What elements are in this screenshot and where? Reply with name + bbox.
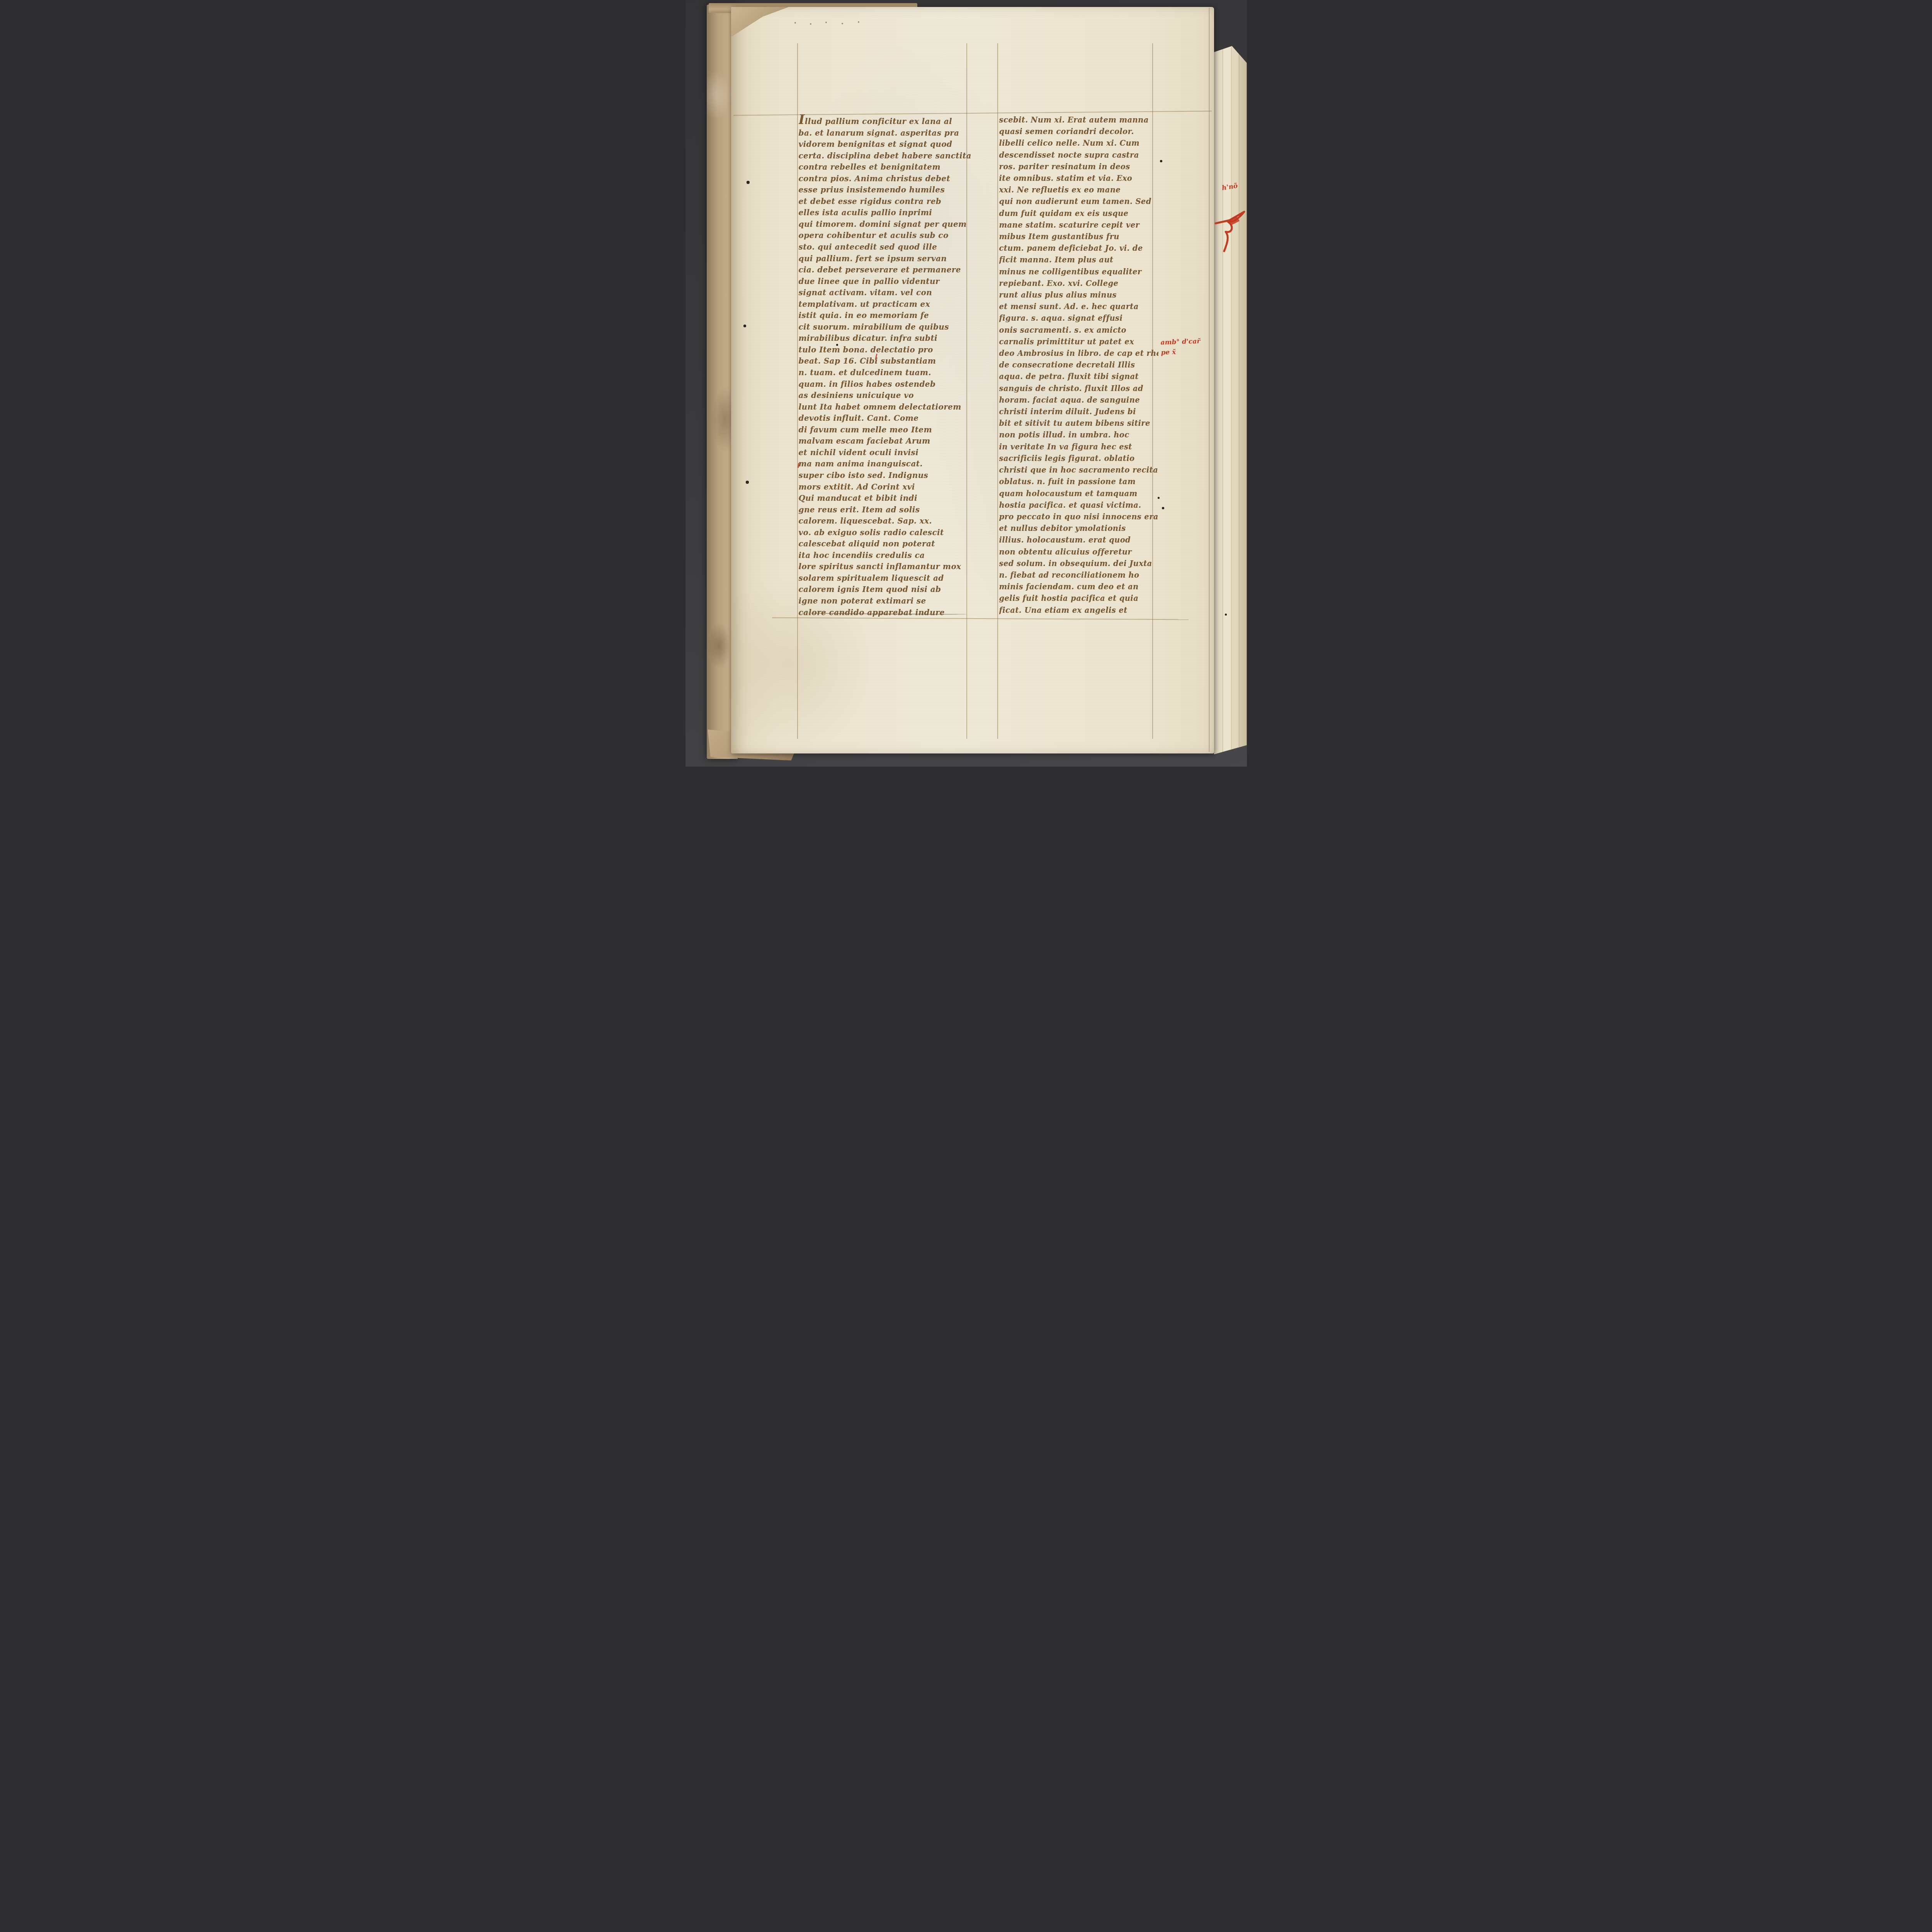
wormhole [1158, 497, 1160, 499]
manuscript-text-line: de consecratione decretali Illis [999, 359, 1158, 371]
text-column-right: scebit. Num xi. Erat autem mannaquasi se… [999, 114, 1158, 621]
manuscript-text-line: qui pallium. fert se ipsum servan [799, 253, 971, 265]
manuscript-text-line: contra rebelles et benignitatem [799, 162, 971, 173]
manuscript-text-line: calorem. liquescebat. Sap. xx. [799, 515, 971, 527]
manuscript-text-line: lore spiritus sancti inflamantur mox [799, 561, 971, 573]
manuscript-text-line: quasi semen coriandri decolor. [999, 126, 1158, 138]
manuscript-text-line: et nichil vident oculi invisi [799, 447, 971, 459]
manuscript-text-line: templativam. ut practicam ex [799, 299, 971, 310]
manuscript-text-line: horam. faciat aqua. de sanguine [999, 395, 1158, 406]
manuscript-text-line: calorem ignis Item quod nisi ab [799, 584, 971, 595]
manuscript-text-line: quam. in filios habes ostendeb [799, 379, 971, 390]
text-column-left: Illud pallium conficitur ex lana alba. e… [799, 114, 971, 621]
manuscript-text-line: ficit manna. Item plus aut [999, 254, 1158, 266]
manuscript-text-line: aqua. de petra. fluxit tibi signat [999, 371, 1158, 383]
manuscript-text-line: et debet esse rigidus contra reb [799, 196, 971, 207]
manuscript-text-line: in veritate In va figura hec est [999, 441, 1158, 453]
manuscript-text-line: mors extitit. Ad Corint xvi [799, 481, 971, 493]
ruling-vertical-right-column-left [997, 43, 998, 739]
manuscript-text-line: beat. Sap 16. Cibi substantiam [799, 355, 971, 367]
wormhole [1160, 160, 1162, 162]
manuscript-text-line: super cibo isto sed. Indignus [799, 470, 971, 481]
pinhole [825, 22, 827, 23]
manuscript-text-line: mane statim. scaturire cepit ver [999, 219, 1158, 231]
manuscript-text-line: ite omnibus. statim et via. Exo [999, 173, 1158, 184]
manuscript-text-line: contra pios. Anima christus debet [799, 173, 971, 185]
manuscript-text-line: istit quia. in eo memoriam fe [799, 310, 971, 321]
manuscript-text-line: Qui manducat et bibit indi [799, 493, 971, 504]
manuscript-text-line: figura. s. aqua. signat effusi [999, 313, 1158, 324]
manuscript-text-line: deo Ambrosius in libro. de cap et rhetur [999, 348, 1158, 359]
manuscript-text-line: bit et sitivit tu autem bibens sitire [999, 418, 1158, 429]
manuscript-text-line: sed solum. in obsequium. dei Juxta [999, 558, 1158, 570]
manuscript-text-line: opera cohibentur et aculis sub co [799, 230, 971, 241]
manuscript-text-line: mibus Item gustantibus fru [999, 231, 1158, 243]
manuscript-text-line: di favum cum melle meo Item [799, 424, 971, 436]
ruling-vertical-left-column-left [797, 43, 798, 739]
manuscript-text-line: mirabilibus dicatur. infra subti [799, 333, 971, 344]
manuscript-text-line: christi que in hoc sacramento recitatur [999, 464, 1158, 476]
manuscript-text-line: igne non poterat extimari se [799, 595, 971, 607]
manuscript-text-line: vo. ab exiguo solis radio calescit [799, 527, 971, 539]
pinhole [810, 23, 811, 25]
manuscript-text-line: signat activam. vitam. vel con [799, 287, 971, 299]
paraph-mark-icon [1214, 208, 1247, 254]
manuscript-text-line: solarem spiritualem liquescit ad [799, 573, 971, 584]
manuscript-text-line: quam holocaustum et tamquam [999, 488, 1158, 500]
wormhole [747, 181, 750, 184]
manuscript-text-line: ma nam anima inanguiscat. [799, 458, 971, 470]
manuscript-text-line: libelli celico nelle. Num xi. Cum [999, 138, 1158, 149]
manuscript-text-line: as desiniens unicuique vo [799, 390, 971, 401]
manuscript-text-line: cit suorum. mirabilium de quibus [799, 321, 971, 333]
manuscript-text-line: qui timorem. domini signat per quem [799, 219, 971, 230]
manuscript-text-line: certa. disciplina debet habere sanctitat… [799, 150, 971, 162]
manuscript-text-line: due linee que in pallio videntur [799, 276, 971, 287]
rubric-margin-note-line1: amb° d'car̃ [1160, 336, 1201, 348]
manuscript-text-line: ctum. panem deficiebat Jo. vi. de [999, 243, 1158, 254]
manuscript-text-line: scebit. Num xi. Erat autem manna [999, 114, 1158, 126]
manuscript-photo: Illud pallium conficitur ex lana alba. e… [685, 0, 1247, 767]
manuscript-text-line: onis sacramenti. s. ex amicto [999, 325, 1158, 336]
manuscript-text-line: gelis fuit hostia pacifica et quia [999, 593, 1158, 604]
wormhole [746, 481, 749, 484]
wormhole [1162, 507, 1164, 509]
pinhole [842, 23, 843, 24]
manuscript-text-line: sacrificiis legis figurat. oblatio [999, 453, 1158, 464]
manuscript-text-line: repiebant. Exo. xvi. College [999, 278, 1158, 289]
manuscript-text-line: malvam escam faciebat Arum [799, 435, 971, 447]
manuscript-text-line: calescebat aliquid non poterat [799, 538, 971, 550]
wormhole [836, 344, 838, 346]
manuscript-text-line: carnalis primittitur ut patet ex [999, 336, 1158, 348]
manuscript-text-line: non potis illud. in umbra. hoc [999, 429, 1158, 441]
manuscript-text-line: runt alius plus alius minus [999, 289, 1158, 301]
manuscript-text-line: ros. pariter resinatum in deos [999, 161, 1158, 173]
rubric-margin-note: amb° d'car̃ pe x̃ [1160, 336, 1201, 358]
manuscript-text-line: hostia pacifica. et quasi victima. [999, 500, 1158, 511]
manuscript-text-line: lunt Ita habet omnem delectatiorem [799, 401, 971, 413]
manuscript-text-line: non obtentu alicuius offeretur [999, 546, 1158, 558]
page-fold-crease [1209, 8, 1210, 752]
manuscript-text-line: n. fiebat ad reconciliationem ho [999, 570, 1158, 581]
manuscript-text-line: Illud pallium conficitur ex lana al [799, 114, 971, 128]
manuscript-text-line: sto. qui antecedit sed quod ille [799, 241, 971, 253]
manuscript-text-line: descendisset nocte supra castra [999, 150, 1158, 161]
manuscript-text-line: et nullus debitor ymolationis [999, 523, 1158, 534]
pinhole [794, 22, 796, 24]
manuscript-text-line: christi interim diluit. Judens bi [999, 406, 1158, 418]
manuscript-text-line: minis faciendam. cum deo et an [999, 581, 1158, 593]
manuscript-text-line: elles ista aculis pallio inprimi [799, 207, 971, 219]
manuscript-text-line: esse prius insistemendo humiles [799, 184, 971, 196]
manuscript-text-line: xxi. Ne refluetis ex eo mane [999, 184, 1158, 196]
manuscript-text-line: gne reus erit. Item ad solis [799, 504, 971, 516]
manuscript-text-line: pro peccato in quo nisi innocens erat [999, 511, 1158, 523]
manuscript-text-line: minus ne colligentibus equaliter [999, 266, 1158, 278]
manuscript-text-line: ita hoc incendiis credulis ca [799, 550, 971, 561]
wormhole [743, 325, 746, 327]
wormhole [1225, 614, 1227, 616]
manuscript-text-line: vidorem benignitas et signat quod [799, 139, 971, 150]
manuscript-text-line: ba. et lanarum signat. asperitas pra [799, 128, 971, 139]
fore-edge-pages [1214, 0, 1247, 767]
manuscript-text-line: oblatus. n. fuit in passione tam [999, 476, 1158, 488]
manuscript-text-line: illius. holocaustum. erat quod [999, 534, 1158, 546]
manuscript-text-line: sanguis de christo. fluxit Illos ad [999, 383, 1158, 395]
manuscript-text-line: calore candido apparebat indure [799, 607, 971, 619]
manuscript-text-line: n. tuam. et dulcedinem tuam. [799, 367, 971, 379]
manuscript-text-line: cia. debet perseverare et permanere [799, 264, 971, 276]
manuscript-text-line: et mensi sunt. Ad. e. hec quarta [999, 301, 1158, 313]
manuscript-text-line: ficat. Una etiam ex angelis et [999, 605, 1158, 616]
manuscript-text-line: devotis influit. Cant. Come [799, 413, 971, 424]
manuscript-text-line: dum fuit quidam ex eis usque [999, 208, 1158, 219]
rubric-margin-note-line2: pe x̃ [1161, 346, 1201, 358]
manuscript-text-line: tulo Item bona. delectatio pro [799, 344, 971, 356]
pinhole [858, 21, 859, 23]
manuscript-text-line: qui non audierunt eum tamen. Sed [999, 196, 1158, 207]
